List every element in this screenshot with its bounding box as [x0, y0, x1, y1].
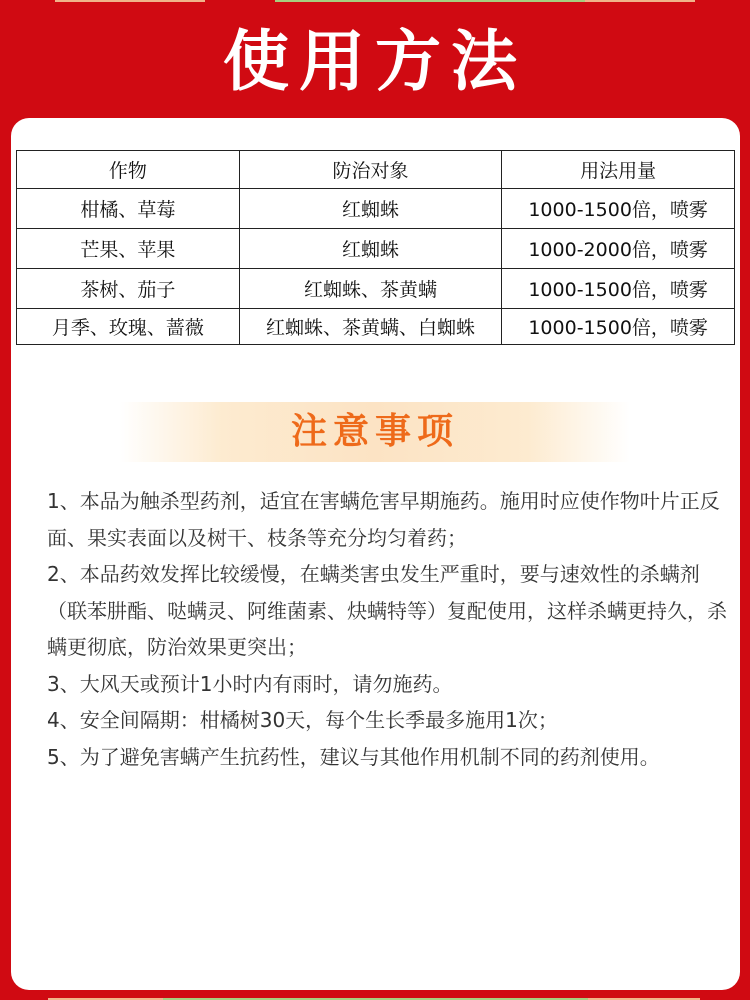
cell-target: 红蜘蛛、茶黄螨、白蜘蛛: [239, 309, 502, 345]
notice-item: 1、本品为触杀型药剂，适宜在害螨危害早期施药。施用时应使作物叶片正反面、果实表面…: [47, 483, 727, 556]
top-decorative-strip: [0, 0, 750, 3]
notice-item: 5、为了避免害螨产生抗药性，建议与其他作用机制不同的药剂使用。: [47, 739, 727, 776]
cell-target: 红蜘蛛: [239, 189, 502, 229]
table-row: 月季、玫瑰、蔷薇 红蜘蛛、茶黄螨、白蜘蛛 1000-1500倍，喷雾: [17, 309, 735, 345]
notice-item: 2、本品药效发挥比较缓慢，在螨类害虫发生严重时，要与速效性的杀螨剂（联苯肼酯、哒…: [47, 556, 727, 666]
page-title: 使用方法: [0, 22, 750, 102]
cell-dosage: 1000-1500倍，喷雾: [502, 269, 735, 309]
notice-item: 3、大风天或预计1小时内有雨时，请勿施药。: [47, 666, 727, 703]
cell-target: 红蜘蛛、茶黄螨: [239, 269, 502, 309]
usage-table: 作物 防治对象 用法用量 柑橘、草莓 红蜘蛛 1000-1500倍，喷雾 芒果、…: [16, 150, 735, 345]
table-row: 柑橘、草莓 红蜘蛛 1000-1500倍，喷雾: [17, 189, 735, 229]
notice-title: 注意事项: [0, 402, 750, 462]
cell-crop: 芒果、苹果: [17, 229, 240, 269]
strip-segment: [55, 0, 205, 2]
cell-dosage: 1000-1500倍，喷雾: [502, 189, 735, 229]
column-header-crop: 作物: [17, 151, 240, 189]
notice-list: 1、本品为触杀型药剂，适宜在害螨危害早期施药。施用时应使作物叶片正反面、果实表面…: [47, 483, 727, 775]
column-header-dosage: 用法用量: [502, 151, 735, 189]
table-row: 芒果、苹果 红蜘蛛 1000-2000倍，喷雾: [17, 229, 735, 269]
strip-segment: [275, 0, 585, 2]
cell-crop: 月季、玫瑰、蔷薇: [17, 309, 240, 345]
column-header-target: 防治对象: [239, 151, 502, 189]
strip-segment: [585, 0, 695, 2]
cell-crop: 柑橘、草莓: [17, 189, 240, 229]
notice-item: 4、安全间隔期：柑橘树30天，每个生长季最多施用1次；: [47, 702, 727, 739]
cell-target: 红蜘蛛: [239, 229, 502, 269]
table-row: 茶树、茄子 红蜘蛛、茶黄螨 1000-1500倍，喷雾: [17, 269, 735, 309]
table-header-row: 作物 防治对象 用法用量: [17, 151, 735, 189]
cell-dosage: 1000-1500倍，喷雾: [502, 309, 735, 345]
cell-crop: 茶树、茄子: [17, 269, 240, 309]
cell-dosage: 1000-2000倍，喷雾: [502, 229, 735, 269]
